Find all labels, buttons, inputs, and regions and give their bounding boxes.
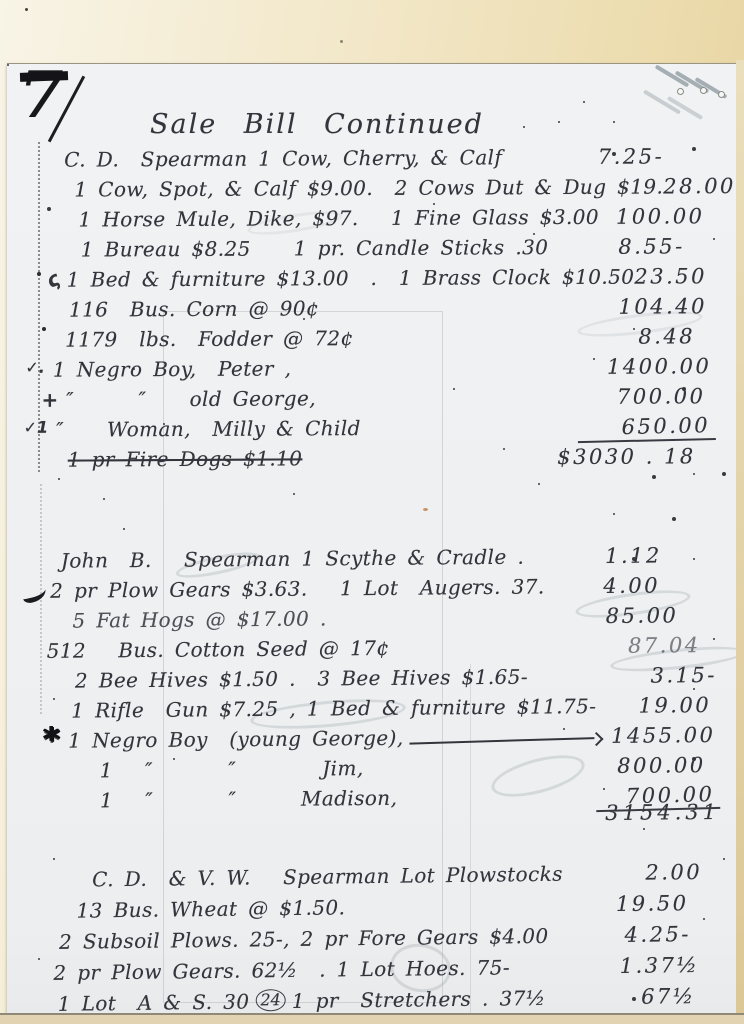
line-amount: 800.00: [617, 753, 706, 778]
plus-mark: +: [41, 388, 58, 412]
section-cd-spearman: C. D. Spearman 1 Cow, Cherry, & Calf 7.2…: [6, 144, 738, 478]
line-amount: 85.00: [606, 603, 679, 628]
ledger-line: 1 Bureau $8.25 1 pr. Candle Sticks .30 8…: [7, 234, 723, 268]
line-amount: 4.25-: [624, 922, 691, 947]
line-amount: 87.04: [628, 633, 701, 658]
line-description: 13 Bus. Wheat @ $1.50.: [76, 895, 345, 922]
margin-mark: ς: [42, 266, 64, 293]
section-cd-vw-spearman: C. D. & V. W. Spearman Lot Plowstocks 2.…: [6, 860, 738, 1024]
ledger-line: ✓. 1 Negro Boy, Peter , 1400.00: [7, 354, 723, 388]
page-number-bar: [20, 71, 68, 82]
line-amount: 7.25-: [598, 144, 664, 168]
scanned-document: { "document": { "page_number": "7", "tit…: [0, 0, 744, 1024]
document-title: Sale Bill Continued: [150, 109, 484, 140]
line-description: 1 Bureau $8.25 1 pr. Candle Sticks .30: [81, 235, 549, 261]
line-description: 1 Negro Boy (young George),: [68, 726, 404, 753]
line-description: 1 Negro Boy, Peter ,: [53, 356, 292, 381]
line-description: 5 Fat Hogs @ $17.00 .: [72, 606, 326, 632]
rust-speck: [423, 508, 428, 511]
line-description: 2 Subsoil Plows. 25-, 2 pr Fore Gears $4…: [59, 924, 549, 954]
scan-edge-bottom: [0, 1013, 744, 1024]
line-description: 1 pr Stretchers . 37½: [292, 986, 546, 1013]
line-amount: 67½: [641, 984, 696, 1009]
section-john-b-spearman: John B. Spearman 1 Scythe & Cradle . 1.1…: [6, 543, 738, 836]
punch-mark: [718, 91, 725, 98]
punch-mark: [700, 87, 707, 94]
ledger-page: 7 Sale Bill Continued C. D. Spearman 1 C…: [7, 63, 737, 1017]
line-amount: 23.50: [634, 264, 707, 288]
line-description: 1 Cow, Spot, & Calf $9.00. 2 Cows Dut & …: [74, 174, 663, 201]
line-description: ″ ″ old George,: [66, 386, 316, 411]
line-amount: 8.48: [638, 324, 695, 348]
paper-speck: [25, 8, 28, 11]
line-amount: 1400.00: [607, 354, 711, 379]
ledger-line: C. D. Spearman 1 Cow, Cherry, & Calf 7.2…: [6, 144, 722, 178]
line-amount-underlined: 700.00: [595, 782, 720, 812]
line-amount: 100.00: [616, 204, 705, 228]
arrow-to-amount: [410, 731, 602, 749]
ink-specks: [7, 64, 9, 66]
line-description: 1 ″ ″ Madison,: [100, 786, 398, 813]
line-description: 1 Horse Mule, Dike, $97. 1 Fine Glass $3…: [78, 205, 599, 232]
line-description: 116 Bus. Corn @ 90¢: [69, 296, 319, 321]
line-amount: 3.15-: [650, 663, 717, 688]
line-amount: 4.00: [603, 573, 660, 597]
ledger-line: + ″ ″ old George, 700.00: [7, 384, 723, 418]
line-amount: 1455.00: [611, 723, 716, 748]
scan-edge-right: [736, 60, 744, 1024]
line-description: C. D. Spearman 1 Cow, Cherry, & Calf: [64, 145, 502, 171]
ledger-line: 1 Cow, Spot, & Calf $9.00. 2 Cows Dut & …: [6, 174, 722, 208]
line-description: 1 ″ ″ Jim,: [100, 756, 364, 782]
line-description: ″ Woman, Milly & Child: [56, 416, 361, 442]
line-description: 1179 lbs. Fodder @ 72¢: [65, 326, 354, 352]
check-mark: ✓1: [24, 418, 49, 437]
line-amount: 1.37½: [620, 953, 700, 978]
line-description: 2 pr Plow Gears. 62½ . 1 Lot Hoes. 75-: [53, 955, 510, 985]
line-description: 1 Lot A & S. 30: [58, 990, 250, 1016]
struck-line-description: 1 pr Fire Dogs $1.10: [68, 446, 303, 471]
flourish-mark: [21, 583, 48, 604]
line-description: 2 pr Plow Gears $3.63. 1 Lot Augers. 37.: [50, 574, 545, 602]
paper-speck: [340, 40, 343, 43]
ledger-line: ✓1 ″ Woman, Milly & Child 650.00: [8, 414, 724, 448]
line-description: 1 Bed & furniture $13.00 . 1 Brass Clock…: [67, 265, 635, 292]
line-amount: 28.00: [663, 174, 736, 198]
line-amount: 700.00: [617, 384, 706, 408]
ink-blot-mark: *: [43, 729, 60, 749]
ledger-line: 1 Horse Mule, Dike, $97. 1 Fine Glass $3…: [6, 204, 722, 238]
line-amount: 19.00: [638, 693, 711, 718]
punch-mark: [677, 88, 684, 95]
ledger-line: 116 Bus. Corn @ 90¢ 104.40: [7, 294, 723, 328]
ledger-total-line: 1 pr Fire Dogs $1.10 $3030 . 18: [8, 444, 724, 478]
line-description: 2 Bee Hives $1.50 . 3 Bee Hives $1.65-: [75, 665, 528, 693]
line-amount-underlined: 650.00: [577, 413, 716, 443]
line-description: 1 Rifle Gun $7.25 , 1 Bed & furniture $1…: [71, 694, 596, 723]
ledger-line: ς 1 Bed & furniture $13.00 . 1 Brass Clo…: [7, 264, 723, 298]
line-description: John B. Spearman 1 Scythe & Cradle .: [61, 545, 525, 573]
circled-number: 24: [255, 989, 286, 1011]
line-description: C. D. & V. W. Spearman Lot Plowstocks: [92, 862, 563, 892]
ledger-line: 1179 lbs. Fodder @ 72¢ 8.48: [7, 324, 723, 358]
line-amount: 8.55-: [618, 234, 684, 258]
line-description: 512 Bus. Cotton Seed @ 17¢: [47, 636, 390, 663]
section-total: $3030 . 18: [557, 444, 696, 469]
line-amount: 19.50: [616, 891, 689, 916]
line-amount: 104.40: [618, 294, 707, 318]
check-mark: ✓.: [25, 358, 45, 377]
line-amount: 2.00: [645, 860, 702, 885]
line-amount: 1.12: [605, 543, 662, 567]
